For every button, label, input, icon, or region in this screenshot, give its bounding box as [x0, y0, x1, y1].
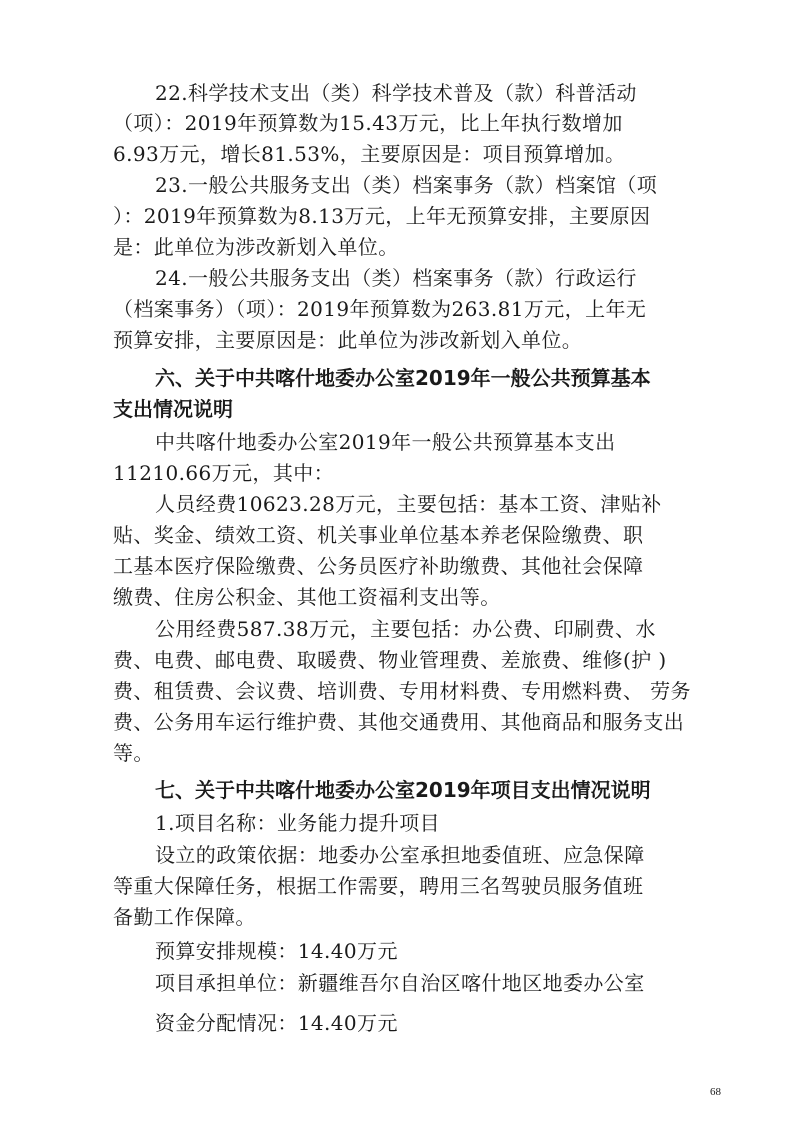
item-24-line-1: 24.一般公共服务支出（类）档案事务（款）行政运行 — [155, 263, 637, 293]
section-6-heading-line-1: 六、关于中共喀什地委办公室2019年一般公共预算基本 — [155, 363, 651, 393]
page-number: 68 — [710, 1086, 721, 1098]
basic-expense-line-1: 中共喀什地委办公室2019年一般公共预算基本支出 — [155, 427, 616, 457]
project-unit: 项目承担单位：新疆维吾尔自治区喀什地区地委办公室 — [155, 968, 645, 998]
section-6-heading-line-2: 支出情况说明 — [113, 394, 233, 424]
section-7-heading: 七、关于中共喀什地委办公室2019年项目支出情况说明 — [155, 775, 651, 805]
document-page: 22.科学技术支出（类）科学技术普及（款）科普活动 （项）：2019年预算数为1… — [0, 0, 793, 1122]
public-expense-line-5: 等。 — [113, 738, 154, 768]
personnel-expense-line-4: 缴费、住房公积金、其他工资福利支出等。 — [113, 582, 501, 612]
item-22-line-2: （项）：2019年预算数为15.43万元，比上年执行数增加 — [113, 108, 623, 138]
public-expense-line-1: 公用经费587.38万元，主要包括：办公费、印刷费、水 — [155, 614, 656, 644]
personnel-expense-line-1: 人员经费10623.28万元，主要包括：基本工资、津贴补 — [155, 489, 662, 519]
public-expense-line-2: 费、电费、邮电费、取暖费、物业管理费、差旅费、维修(护 ) — [113, 645, 667, 675]
project-name: 1.项目名称：业务能力提升项目 — [155, 808, 440, 838]
item-24-line-3: 预算安排，主要原因是：此单位为涉改新划入单位。 — [113, 325, 582, 355]
item-22-line-1: 22.科学技术支出（类）科学技术普及（款）科普活动 — [155, 78, 637, 108]
personnel-expense-line-3: 工基本医疗保险缴费、公务员医疗补助缴费、其他社会保障 — [113, 551, 643, 581]
item-24-line-2: （档案事务）（项）：2019年预算数为263.81万元，上年无 — [113, 294, 646, 324]
item-23-line-3: 是：此单位为涉改新划入单位。 — [113, 232, 399, 262]
policy-basis-line-3: 备勤工作保障。 — [113, 902, 256, 932]
public-expense-line-3: 费、租赁费、会议费、培训费、专用材料费、专用燃料费、 劳务 — [113, 676, 691, 706]
fund-allocation: 资金分配情况：14.40万元 — [155, 1008, 398, 1038]
item-23-line-1: 23.一般公共服务支出（类）档案事务（款）档案馆（项 — [155, 170, 657, 200]
basic-expense-line-2: 11210.66万元，其中： — [113, 458, 334, 488]
item-22-line-3: 6.93万元，增长81.53%，主要原因是：项目预算增加。 — [113, 139, 625, 169]
item-23-line-2: ）：2019年预算数为8.13万元，上年无预算安排，主要原因 — [113, 201, 650, 231]
personnel-expense-line-2: 贴、奖金、绩效工资、机关事业单位基本养老保险缴费、职 — [113, 520, 643, 550]
budget-scale: 预算安排规模：14.40万元 — [155, 936, 398, 966]
public-expense-line-4: 费、公务用车运行维护费、其他交通费用、其他商品和服务支出 — [113, 707, 684, 737]
policy-basis-line-1: 设立的政策依据：地委办公室承担地委值班、应急保障 — [155, 840, 645, 870]
policy-basis-line-2: 等重大保障任务，根据工作需要，聘用三名驾驶员服务值班 — [113, 871, 643, 901]
